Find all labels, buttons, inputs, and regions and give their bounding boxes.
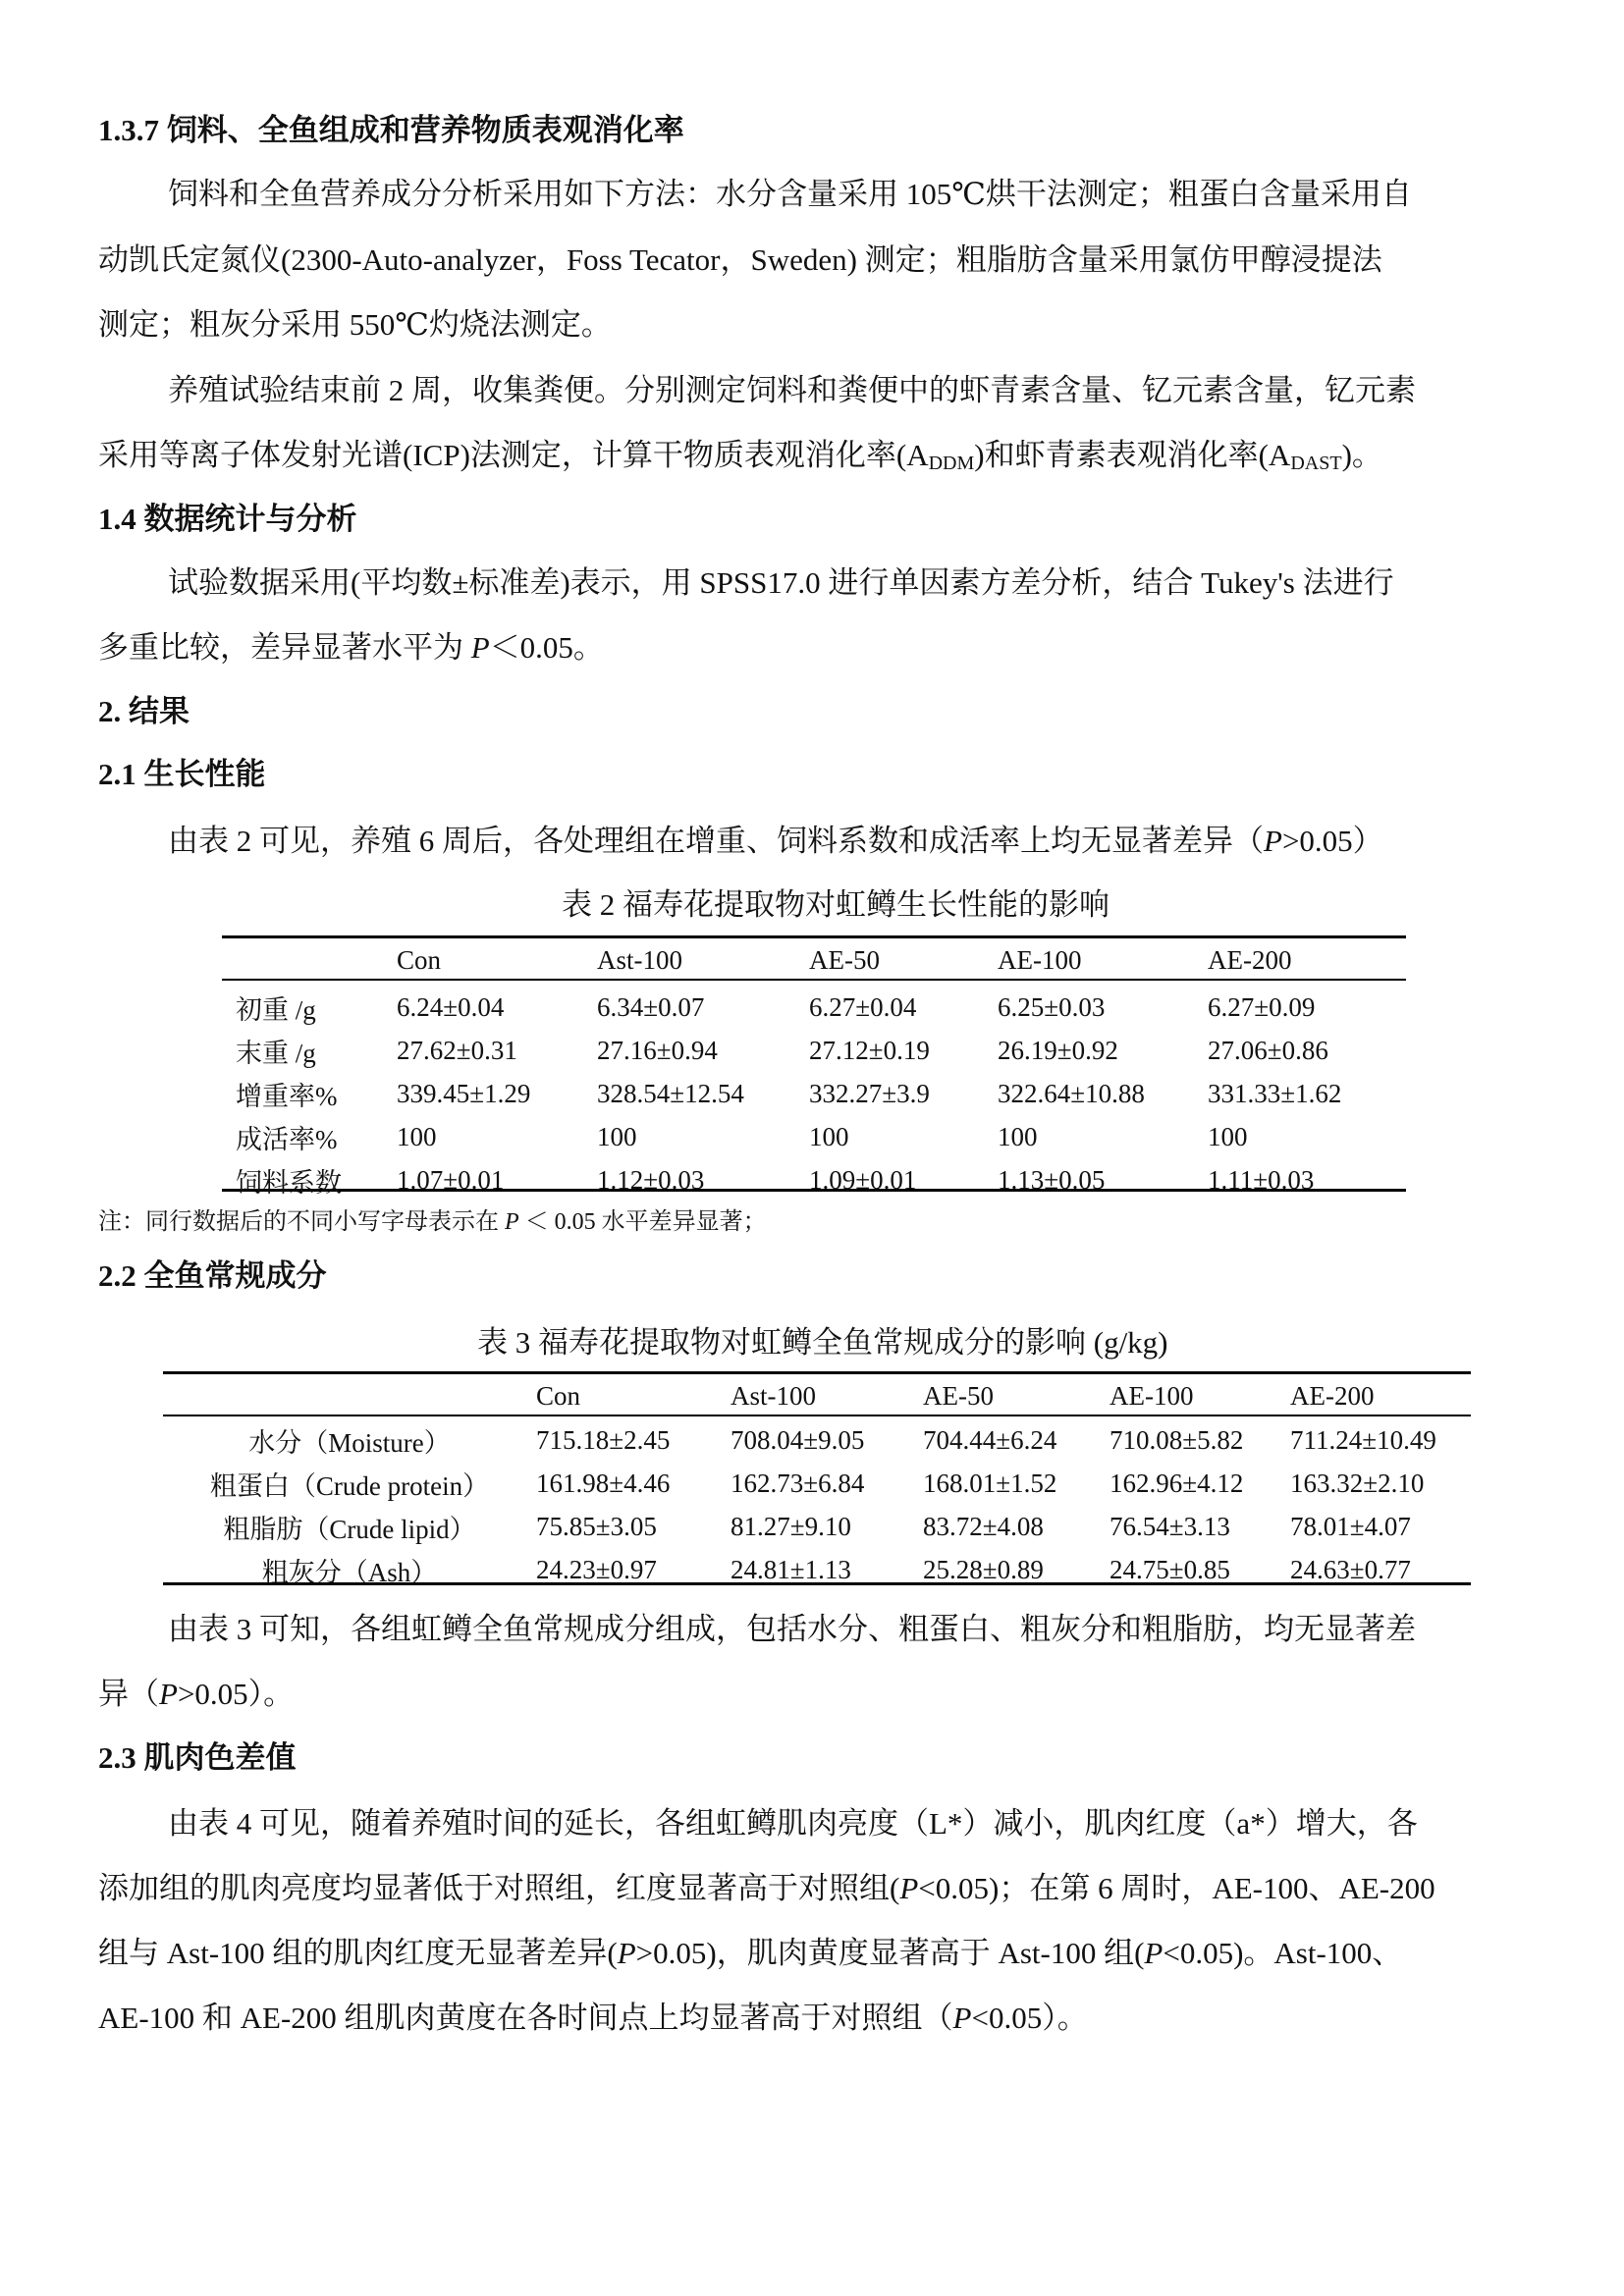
table-cell: 26.19±0.92: [998, 1029, 1208, 1072]
section-heading-1-4: 1.4 数据统计与分析: [98, 500, 357, 539]
table-header-row: Con Ast-100 AE-50 AE-100 AE-200: [163, 1374, 1471, 1417]
p-symbol: P: [899, 1871, 918, 1905]
text-span: 由表 2 可见，养殖 6 周后，各处理组在增重、饲料系数和成活率上均无显著差异（: [168, 824, 1264, 858]
table-cell: 100: [998, 1115, 1208, 1158]
table-cell: 81.27±9.10: [731, 1505, 923, 1548]
table-header-row: Con Ast-100 AE-50 AE-100 AE-200: [236, 938, 1404, 982]
table-cell: 1.07±0.01: [397, 1158, 597, 1201]
table-cell: 1.13±0.05: [998, 1158, 1208, 1201]
p-symbol: P: [1264, 824, 1282, 858]
paragraph-line: 由表 4 可见，随着养殖时间的延长，各组虹鳟肌肉亮度（L*）减小，肌肉红度（a*…: [168, 1804, 1418, 1843]
table-cell: 6.25±0.03: [998, 986, 1208, 1029]
text-span: 多重比较，差异显著水平为: [98, 630, 471, 665]
row-label: 饲料系数: [236, 1158, 397, 1201]
paragraph-line: 养殖试验结束前 2 周，收集粪便。分别测定饲料和粪便中的虾青素含量、钇元素含量，…: [168, 371, 1416, 410]
header-cell: AE-200: [1290, 1374, 1471, 1417]
text-span: 采用等离子体发射光谱(ICP)法测定，计算干物质表观消化率(A: [98, 438, 929, 472]
text-span: <0.05)；在第 6 周时，AE-100、AE-200: [918, 1871, 1435, 1905]
table-cell: 331.33±1.62: [1208, 1072, 1404, 1115]
table-cell: 76.54±3.13: [1110, 1505, 1290, 1548]
table-cell: 1.12±0.03: [597, 1158, 809, 1201]
table-cell: 704.44±6.24: [923, 1418, 1110, 1462]
row-label: 粗脂肪（Crude lipid）: [163, 1505, 536, 1548]
table-2-note: 注：同行数据后的不同小写字母表示在 P ＜ 0.05 水平差异显著；: [98, 1207, 767, 1237]
table-cell: 322.64±10.88: [998, 1072, 1208, 1115]
subscript: DAST: [1290, 453, 1341, 474]
table-cell: 1.09±0.01: [809, 1158, 998, 1201]
table-cell: 24.63±0.77: [1290, 1548, 1471, 1591]
table-3-caption: 表 3 福寿花提取物对虹鳟全鱼常规成分的影响 (g/kg): [477, 1323, 1168, 1362]
table-cell: 711.24±10.49: [1290, 1418, 1471, 1462]
paragraph-line: 异（P>0.05）。: [98, 1675, 294, 1714]
table-cell: 100: [809, 1115, 998, 1158]
row-label: 水分（Moisture）: [163, 1418, 536, 1462]
p-symbol: P: [953, 2001, 972, 2035]
text-span: ＜0.05。: [490, 630, 604, 665]
table-cell: 163.32±2.10: [1290, 1462, 1471, 1505]
table-cell: 78.01±4.07: [1290, 1505, 1471, 1548]
table-cell: 162.96±4.12: [1110, 1462, 1290, 1505]
section-heading-2-1: 2.1 生长性能: [98, 755, 266, 794]
paragraph-line: 采用等离子体发射光谱(ICP)法测定，计算干物质表观消化率(ADDM)和虾青素表…: [98, 436, 1382, 483]
table-cell: 328.54±12.54: [597, 1072, 809, 1115]
text-span: >0.05)，肌肉黄度显著高于 Ast-100 组(: [636, 1936, 1145, 1970]
header-cell: Ast-100: [597, 938, 809, 982]
table-cell: 6.24±0.04: [397, 986, 597, 1029]
header-cell: AE-100: [998, 938, 1208, 982]
text-span: >0.05）。: [178, 1677, 294, 1711]
header-cell: AE-200: [1208, 938, 1404, 982]
table-cell: 100: [1208, 1115, 1404, 1158]
table-2: Con Ast-100 AE-50 AE-100 AE-200 初重 /g 6.…: [236, 938, 1404, 1201]
section-heading-2-2: 2.2 全鱼常规成分: [98, 1256, 327, 1296]
table-row: 饲料系数 1.07±0.01 1.12±0.03 1.09±0.01 1.13±…: [236, 1158, 1404, 1201]
p-symbol: P: [1144, 1936, 1163, 1970]
text-span: 异（: [98, 1677, 159, 1711]
section-heading-2: 2. 结果: [98, 692, 189, 731]
table-row: 末重 /g 27.62±0.31 27.16±0.94 27.12±0.19 2…: [236, 1029, 1404, 1072]
paragraph-line: 由表 2 可见，养殖 6 周后，各处理组在增重、饲料系数和成活率上均无显著差异（…: [168, 822, 1383, 861]
table-cell: 1.11±0.03: [1208, 1158, 1404, 1201]
table-cell: 75.85±3.05: [536, 1505, 731, 1548]
text-span: )和虾青素表观消化率(A: [974, 438, 1290, 472]
table-cell: 168.01±1.52: [923, 1462, 1110, 1505]
subscript: DDM: [929, 453, 975, 474]
table-row: 增重率% 339.45±1.29 328.54±12.54 332.27±3.9…: [236, 1072, 1404, 1115]
table-cell: 27.62±0.31: [397, 1029, 597, 1072]
table-cell: 24.75±0.85: [1110, 1548, 1290, 1591]
row-label: 增重率%: [236, 1072, 397, 1115]
section-heading-2-3: 2.3 肌肉色差值: [98, 1738, 297, 1778]
table-cell: 708.04±9.05: [731, 1418, 923, 1462]
table-cell: 6.27±0.09: [1208, 986, 1404, 1029]
row-label: 初重 /g: [236, 986, 397, 1029]
table-cell: 27.06±0.86: [1208, 1029, 1404, 1072]
text-span: AE-100 和 AE-200 组肌肉黄度在各时间点上均显著高于对照组（: [98, 2001, 953, 2035]
table-cell: 24.23±0.97: [536, 1548, 731, 1591]
table-3: Con Ast-100 AE-50 AE-100 AE-200 水分（Moist…: [163, 1374, 1471, 1591]
text-span: 注：同行数据后的不同小写字母表示在: [98, 1209, 505, 1235]
table-cell: 332.27±3.9: [809, 1072, 998, 1115]
table-cell: 100: [597, 1115, 809, 1158]
header-cell: AE-50: [923, 1374, 1110, 1417]
table-row: 粗脂肪（Crude lipid） 75.85±3.05 81.27±9.10 8…: [163, 1505, 1471, 1548]
row-label: 粗灰分（Ash）: [163, 1548, 536, 1591]
table-cell: 24.81±1.13: [731, 1548, 923, 1591]
table-cell: 6.27±0.04: [809, 986, 998, 1029]
text-span: >0.05）: [1282, 824, 1383, 858]
paragraph-line: 由表 3 可知，各组虹鳟全鱼常规成分组成，包括水分、粗蛋白、粗灰分和粗脂肪，均无…: [168, 1610, 1416, 1649]
table-row: 水分（Moisture） 715.18±2.45 708.04±9.05 704…: [163, 1418, 1471, 1462]
table-cell: 83.72±4.08: [923, 1505, 1110, 1548]
p-symbol: P: [505, 1209, 519, 1235]
text-span: 添加组的肌肉亮度均显著低于对照组，红度显著高于对照组(: [98, 1871, 899, 1905]
table-cell: 162.73±6.84: [731, 1462, 923, 1505]
table-row: 初重 /g 6.24±0.04 6.34±0.07 6.27±0.04 6.25…: [236, 986, 1404, 1029]
table-cell: 27.12±0.19: [809, 1029, 998, 1072]
table-row: 成活率% 100 100 100 100 100: [236, 1115, 1404, 1158]
table-cell: 715.18±2.45: [536, 1418, 731, 1462]
table-row: 粗蛋白（Crude protein） 161.98±4.46 162.73±6.…: [163, 1462, 1471, 1505]
row-label: 末重 /g: [236, 1029, 397, 1072]
table-cell: 25.28±0.89: [923, 1548, 1110, 1591]
header-cell: [163, 1374, 536, 1417]
table-cell: 710.08±5.82: [1110, 1418, 1290, 1462]
p-symbol: P: [618, 1936, 636, 1970]
header-cell: Ast-100: [731, 1374, 923, 1417]
row-label: 粗蛋白（Crude protein）: [163, 1462, 536, 1505]
section-heading-1-3-7: 1.3.7 饲料、全鱼组成和营养物质表观消化率: [98, 111, 684, 150]
table-cell: 161.98±4.46: [536, 1462, 731, 1505]
text-span: 组与 Ast-100 组的肌肉红度无显著差异(: [98, 1936, 618, 1970]
p-symbol: P: [471, 630, 490, 665]
table-2-caption: 表 2 福寿花提取物对虹鳟生长性能的影响: [562, 885, 1110, 925]
row-label: 成活率%: [236, 1115, 397, 1158]
paragraph-line: 动凯氏定氮仪(2300-Auto-analyzer，Foss Tecator，S…: [98, 240, 1382, 280]
table-cell: 27.16±0.94: [597, 1029, 809, 1072]
paragraph-line: 饲料和全鱼营养成分分析采用如下方法：水分含量采用 105℃烘干法测定；粗蛋白含量…: [168, 175, 1412, 214]
table-row: 粗灰分（Ash） 24.23±0.97 24.81±1.13 25.28±0.8…: [163, 1548, 1471, 1591]
paragraph-line: 组与 Ast-100 组的肌肉红度无显著差异(P>0.05)，肌肉黄度显著高于 …: [98, 1934, 1402, 1973]
header-cell: Con: [536, 1374, 731, 1417]
p-symbol: P: [159, 1677, 178, 1711]
table-cell: 339.45±1.29: [397, 1072, 597, 1115]
document-page: 1.3.7 饲料、全鱼组成和营养物质表观消化率 饲料和全鱼营养成分分析采用如下方…: [0, 0, 1624, 2296]
text-span: )。: [1342, 438, 1382, 472]
header-cell: Con: [397, 938, 597, 982]
paragraph-line: 测定；粗灰分采用 550℃灼烧法测定。: [98, 305, 612, 345]
table-cell: 6.34±0.07: [597, 986, 809, 1029]
table-cell: 100: [397, 1115, 597, 1158]
header-cell: [236, 938, 397, 982]
header-cell: AE-50: [809, 938, 998, 982]
text-span: ＜ 0.05 水平差异显著；: [519, 1209, 767, 1235]
paragraph-line: AE-100 和 AE-200 组肌肉黄度在各时间点上均显著高于对照组（P<0.…: [98, 1999, 1088, 2038]
text-span: <0.05）。: [971, 2001, 1087, 2035]
text-span: <0.05)。Ast-100、: [1163, 1936, 1402, 1970]
paragraph-line: 添加组的肌肉亮度均显著低于对照组，红度显著高于对照组(P<0.05)；在第 6 …: [98, 1869, 1435, 1908]
paragraph-line: 试验数据采用(平均数±标准差)表示，用 SPSS17.0 进行单因素方差分析，结…: [168, 563, 1394, 603]
paragraph-line: 多重比较，差异显著水平为 P＜0.05。: [98, 628, 604, 667]
header-cell: AE-100: [1110, 1374, 1290, 1417]
